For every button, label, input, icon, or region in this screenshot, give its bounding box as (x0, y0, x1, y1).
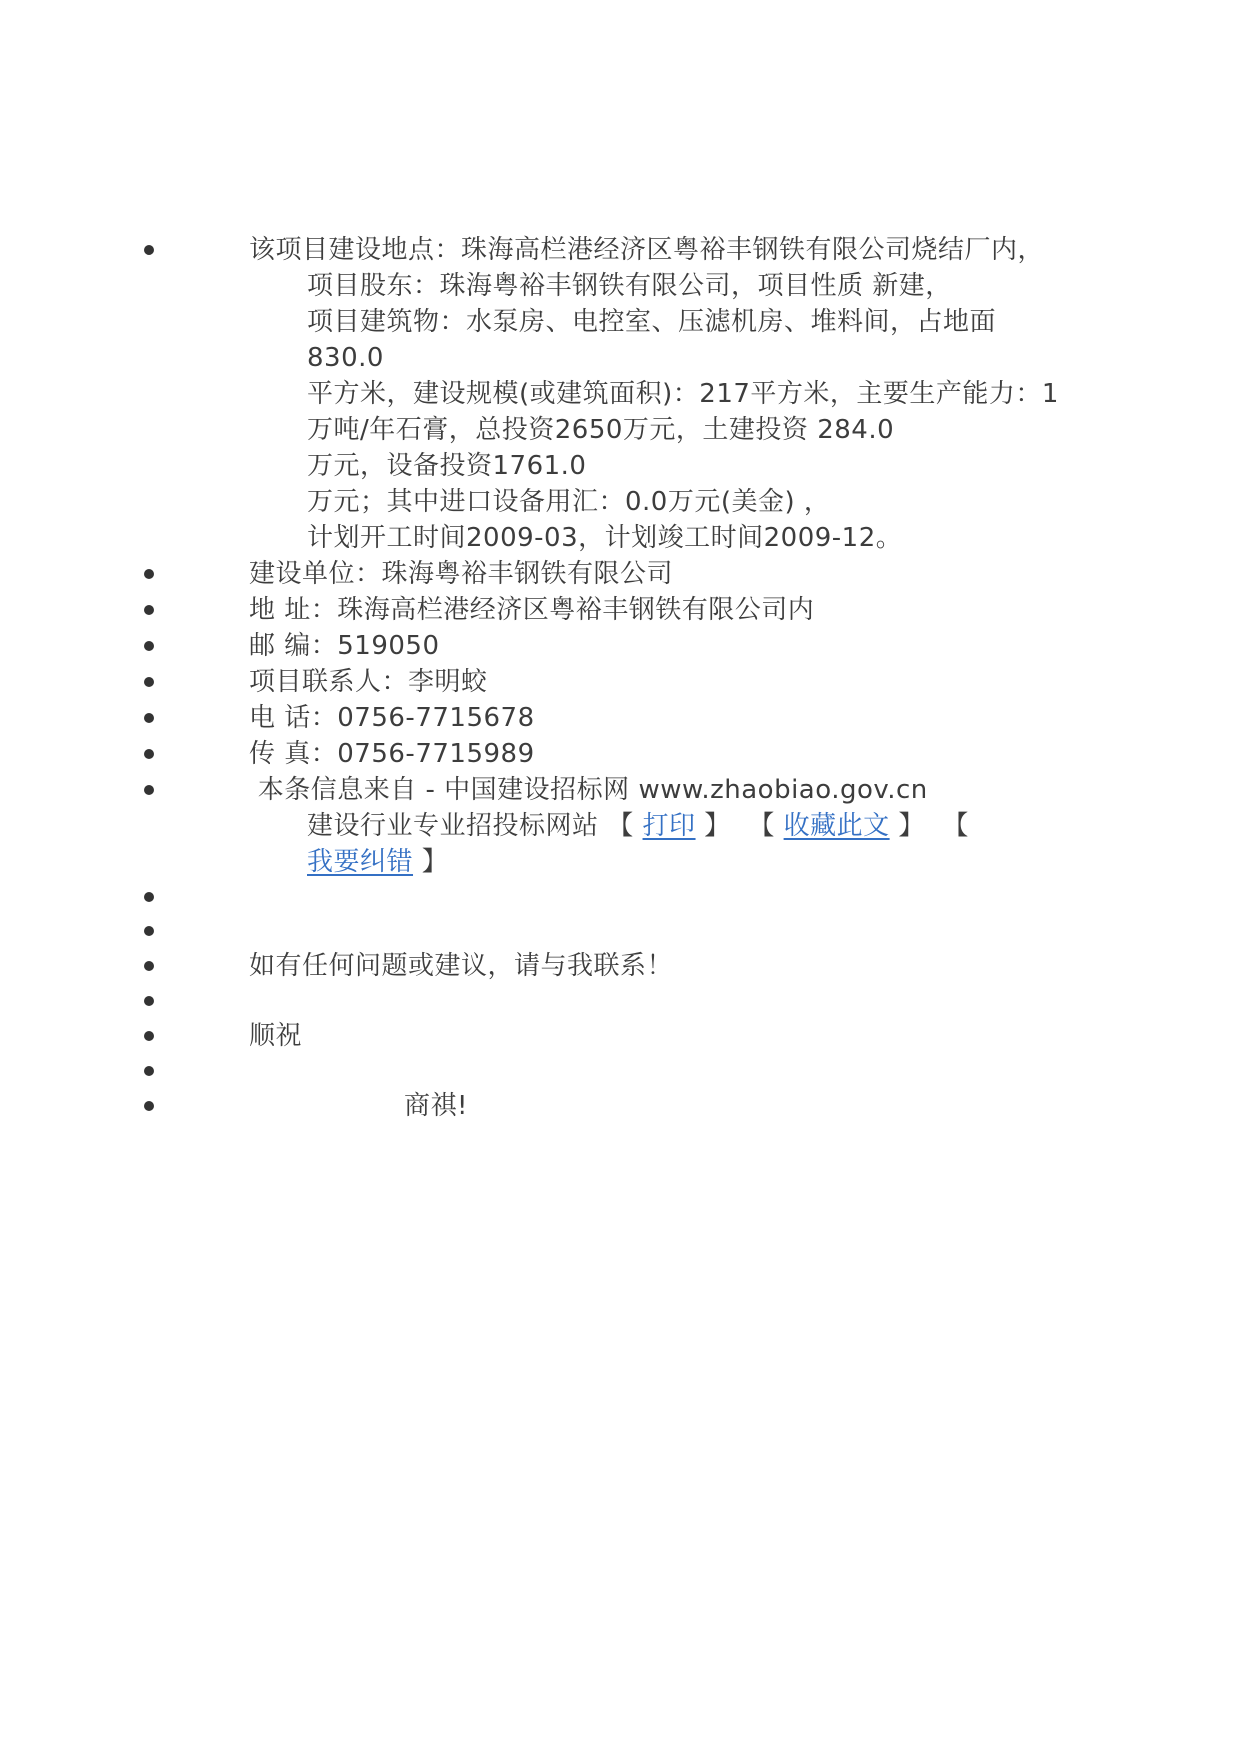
text-line: 建设行业专业招投标网站 【 打印 】 【 收藏此文 】 【 (307, 808, 1241, 844)
bullet-icon (144, 641, 154, 651)
list-item-empty-item (0, 984, 1241, 1018)
list-item-contact-person: 项目联系人：李明蛟 (0, 664, 1241, 700)
text-line: 项目股东：珠海粤裕丰钢铁有限公司，项目性质 新建， (307, 268, 1241, 304)
favorite-link[interactable]: 收藏此文 (784, 811, 890, 841)
list-item-fax: 传 真：0756-7715989 (0, 736, 1241, 772)
text-segment: 本条信息来自 - 中国建设招标网 www.zhaobiao.gov.cn (249, 775, 928, 805)
text-line: 830.0 (307, 340, 1241, 376)
bullet-icon (144, 245, 154, 255)
item-content: 电 话：0756-7715678 (307, 700, 1241, 736)
item-content: 该项目建设地点：珠海高栏港经济区粤裕丰钢铁有限公司烧结厂内，项目股东：珠海粤裕丰… (307, 232, 1241, 556)
list-item-project-details: 该项目建设地点：珠海高栏港经济区粤裕丰钢铁有限公司烧结厂内，项目股东：珠海粤裕丰… (0, 232, 1241, 556)
list-item-contact-note: 如有任何问题或建议，请与我联系！ (0, 948, 1241, 984)
item-content: 传 真：0756-7715989 (307, 736, 1241, 772)
list-item-source-info: 本条信息来自 - 中国建设招标网 www.zhaobiao.gov.cn建设行业… (0, 772, 1241, 880)
text-segment: 顺祝 (249, 1021, 302, 1051)
text-line: 万元；其中进口设备用汇：0.0万元(美金) ， (307, 484, 1241, 520)
list-item-postal-code: 邮 编：519050 (0, 628, 1241, 664)
bullet-icon (144, 892, 154, 902)
text-segment: 建设单位：珠海粤裕丰钢铁有限公司 (249, 559, 673, 589)
text-segment: 平方米，建设规模(或建筑面积)：217平方米，主要生产能力：1 (307, 379, 1059, 409)
text-segment: 万元；其中进口设备用汇：0.0万元(美金) ， (307, 487, 830, 517)
text-segment: 830.0 (307, 343, 384, 373)
text-segment: 如有任何问题或建议，请与我联系！ (249, 951, 673, 981)
text-segment: 地 址：珠海高栏港经济区粤裕丰钢铁有限公司内 (249, 595, 814, 625)
item-content: 项目联系人：李明蛟 (307, 664, 1241, 700)
text-segment: 】 (413, 847, 448, 877)
text-segment: 万吨/年石膏，总投资2650万元，土建投资 284.0 (307, 415, 894, 445)
bullet-list: 该项目建设地点：珠海高栏港经济区粤裕丰钢铁有限公司烧结厂内，项目股东：珠海粤裕丰… (0, 232, 1241, 1124)
text-line: 邮 编：519050 (249, 628, 1241, 664)
bullet-icon (144, 605, 154, 615)
item-content: 建设单位：珠海粤裕丰钢铁有限公司 (307, 556, 1241, 592)
list-item-empty-item (0, 880, 1241, 914)
text-line: 计划开工时间2009-03，计划竣工时间2009-12。 (307, 520, 1241, 556)
bullet-icon (144, 749, 154, 759)
text-segment: 】 【 (890, 811, 969, 841)
text-line: 项目联系人：李明蛟 (249, 664, 1241, 700)
text-segment: 万元，设备投资1761.0 (307, 451, 586, 481)
item-content: 商祺! (307, 1088, 1241, 1124)
item-content: 顺祝 (307, 1018, 1241, 1054)
text-segment: 】 【 (696, 811, 784, 841)
text-line: 万元，设备投资1761.0 (307, 448, 1241, 484)
text-segment: 项目股东：珠海粤裕丰钢铁有限公司，项目性质 新建， (307, 271, 952, 301)
list-item-empty-item (0, 1054, 1241, 1088)
page: { "document": { "background": "#ffffff",… (0, 0, 1241, 1754)
text-segment: 项目联系人：李明蛟 (249, 667, 488, 697)
text-line: 万吨/年石膏，总投资2650万元，土建投资 284.0 (307, 412, 1241, 448)
text-line: 传 真：0756-7715989 (249, 736, 1241, 772)
item-content: 如有任何问题或建议，请与我联系！ (307, 948, 1241, 984)
text-segment: 电 话：0756-7715678 (249, 703, 535, 733)
bullet-icon (144, 569, 154, 579)
list-item-construction-unit: 建设单位：珠海粤裕丰钢铁有限公司 (0, 556, 1241, 592)
text-line: 电 话：0756-7715678 (249, 700, 1241, 736)
bullet-icon (144, 996, 154, 1006)
bullet-icon (144, 926, 154, 936)
text-segment: 项目建筑物：水泵房、电控室、压滤机房、堆料间，占地面 (307, 307, 996, 337)
bullet-icon (144, 713, 154, 723)
text-line: 如有任何问题或建议，请与我联系！ (249, 948, 1241, 984)
text-segment: 建设行业专业招投标网站 【 (307, 811, 643, 841)
text-line: 商祺! (404, 1088, 1241, 1124)
text-segment: 计划开工时间2009-03，计划竣工时间2009-12。 (307, 523, 902, 553)
list-item-regards: 商祺! (0, 1088, 1241, 1124)
list-item-address: 地 址：珠海高栏港经济区粤裕丰钢铁有限公司内 (0, 592, 1241, 628)
bullet-icon (144, 677, 154, 687)
list-item-phone: 电 话：0756-7715678 (0, 700, 1241, 736)
bullet-icon (144, 1066, 154, 1076)
print-link[interactable]: 打印 (643, 811, 696, 841)
bullet-icon (144, 961, 154, 971)
text-segment: 该项目建设地点：珠海高栏港经济区粤裕丰钢铁有限公司烧结厂内， (249, 235, 1044, 265)
text-line: 本条信息来自 - 中国建设招标网 www.zhaobiao.gov.cn (249, 772, 1241, 808)
bullet-icon (144, 785, 154, 795)
list-item-empty-item (0, 914, 1241, 948)
text-segment: 商祺! (404, 1091, 468, 1121)
text-line: 平方米，建设规模(或建筑面积)：217平方米，主要生产能力：1 (307, 376, 1241, 412)
text-line: 地 址：珠海高栏港经济区粤裕丰钢铁有限公司内 (249, 592, 1241, 628)
text-line: 我要纠错 】 (307, 844, 1241, 880)
list-item-well-wishes: 顺祝 (0, 1018, 1241, 1054)
text-segment: 传 真：0756-7715989 (249, 739, 535, 769)
item-content: 地 址：珠海高栏港经济区粤裕丰钢铁有限公司内 (307, 592, 1241, 628)
text-line: 该项目建设地点：珠海高栏港经济区粤裕丰钢铁有限公司烧结厂内， (249, 232, 1241, 268)
text-line: 顺祝 (249, 1018, 1241, 1054)
item-content: 邮 编：519050 (307, 628, 1241, 664)
item-content: 本条信息来自 - 中国建设招标网 www.zhaobiao.gov.cn建设行业… (307, 772, 1241, 880)
text-segment: 邮 编：519050 (249, 631, 440, 661)
text-line: 项目建筑物：水泵房、电控室、压滤机房、堆料间，占地面 (307, 304, 1241, 340)
bullet-icon (144, 1101, 154, 1111)
bullet-icon (144, 1031, 154, 1041)
text-line: 建设单位：珠海粤裕丰钢铁有限公司 (249, 556, 1241, 592)
report-error-link[interactable]: 我要纠错 (307, 847, 413, 877)
